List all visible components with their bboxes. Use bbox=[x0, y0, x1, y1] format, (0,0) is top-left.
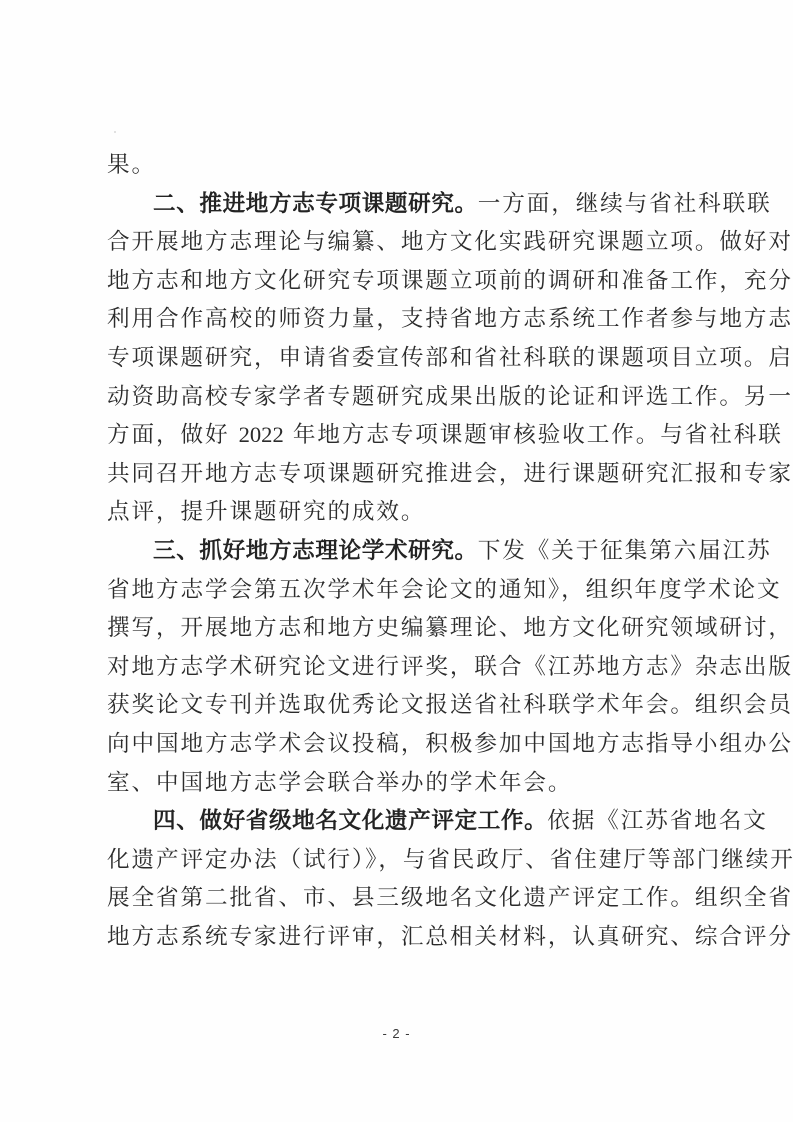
section-heading: 二、推进地方志专项课题研究。 bbox=[153, 191, 478, 217]
text-line: 利用合作高校的师资力量，支持省地方志系统工作者参与地方志 bbox=[107, 300, 695, 339]
text-line: 撰写，开展地方志和地方史编纂理论、地方文化研究领域研讨， bbox=[107, 609, 695, 648]
body-text: 果。 二、推进地方志专项课题研究。一方面，继续与省社科联联 合开展地方志理论与编… bbox=[107, 146, 695, 956]
text-line: 专项课题研究，申请省委宣传部和省社科联的课题项目立项。启 bbox=[107, 339, 695, 378]
section-heading: 三、抓好地方志理论学术研究。 bbox=[153, 538, 478, 564]
line-text: 获奖论文专刊并选取优秀论文报送省社科联学术年会。组织会员 bbox=[107, 692, 793, 718]
line-text: 展全省第二批省、市、县三级地名文化遗产评定工作。组织全省 bbox=[107, 885, 793, 911]
section-heading-line: 四、做好省级地名文化遗产评定工作。依据《江苏省地名文 bbox=[107, 802, 695, 841]
line-text: 省地方志学会第五次学术年会论文的通知》，组织年度学术论文 bbox=[107, 577, 782, 603]
section-heading: 四、做好省级地名文化遗产评定工作。 bbox=[153, 808, 547, 834]
scan-speck bbox=[114, 131, 116, 133]
line-text: 地方志和地方文化研究专项课题立项前的调研和准备工作，充分 bbox=[107, 268, 793, 294]
page-number: - 2 - bbox=[0, 1026, 793, 1041]
text-line: 省地方志学会第五次学术年会论文的通知》，组织年度学术论文 bbox=[107, 571, 695, 610]
text-line: 共同召开地方志专项课题研究推进会，进行课题研究汇报和专家 bbox=[107, 455, 695, 494]
line-text: 方面，做好 bbox=[107, 422, 239, 448]
line-text: 动资助高校专家学者专题研究成果出版的论证和评选工作。另一 bbox=[107, 384, 793, 410]
line-text: 撰写，开展地方志和地方史编纂理论、地方文化研究领域研讨， bbox=[107, 615, 793, 641]
text-line: 合开展地方志理论与编纂、地方文化实践研究课题立项。做好对 bbox=[107, 223, 695, 262]
text-line: 向中国地方志学术会议投稿，积极参加中国地方志指导小组办公 bbox=[107, 725, 695, 764]
line-text: 专项课题研究，申请省委宣传部和省社科联的课题项目立项。启 bbox=[107, 345, 793, 371]
section-heading-line: 二、推进地方志专项课题研究。一方面，继续与省社科联联 bbox=[107, 185, 695, 224]
text-line: 方面，做好 2022 年地方志专项课题审核验收工作。与省社科联 bbox=[107, 416, 695, 455]
text-line: 地方志和地方文化研究专项课题立项前的调研和准备工作，充分 bbox=[107, 262, 695, 301]
text-line: 展全省第二批省、市、县三级地名文化遗产评定工作。组织全省 bbox=[107, 879, 695, 918]
line-text: 果。 bbox=[107, 152, 156, 178]
document-page: 果。 二、推进地方志专项课题研究。一方面，继续与省社科联联 合开展地方志理论与编… bbox=[0, 0, 793, 1122]
line-text: 点评，提升课题研究的成效。 bbox=[107, 499, 425, 525]
line-text: 合开展地方志理论与编纂、地方文化实践研究课题立项。做好对 bbox=[107, 229, 793, 255]
line-text: 年地方志专项课题审核验收工作。与省社科联 bbox=[284, 422, 783, 448]
text-line: 动资助高校专家学者专题研究成果出版的论证和评选工作。另一 bbox=[107, 378, 695, 417]
line-text: 一方面，继续与省社科联联 bbox=[478, 191, 772, 217]
line-text: 室、中国地方志学会联合举办的学术年会。 bbox=[107, 770, 572, 796]
section-heading-line: 三、抓好地方志理论学术研究。下发《关于征集第六届江苏 bbox=[107, 532, 695, 571]
text-line: 点评，提升课题研究的成效。 bbox=[107, 493, 695, 532]
text-line: 对地方志学术研究论文进行评奖，联合《江苏地方志》杂志出版 bbox=[107, 648, 695, 687]
line-text: 依据《江苏省地名文 bbox=[547, 808, 767, 834]
line-text: 化遗产评定办法（试行）》，与省民政厅、省住建厅等部门继续开 bbox=[107, 847, 793, 873]
text-line: 室、中国地方志学会联合举办的学术年会。 bbox=[107, 764, 695, 803]
line-text: 地方志系统专家进行评审，汇总相关材料，认真研究、综合评分、 bbox=[107, 924, 793, 950]
line-text: 对地方志学术研究论文进行评奖，联合《江苏地方志》杂志出版 bbox=[107, 654, 793, 680]
year-number: 2022 bbox=[239, 422, 284, 447]
text-line: 获奖论文专刊并选取优秀论文报送省社科联学术年会。组织会员 bbox=[107, 686, 695, 725]
line-text: 共同召开地方志专项课题研究推进会，进行课题研究汇报和专家 bbox=[107, 461, 793, 487]
line-text: 下发《关于征集第六届江苏 bbox=[478, 538, 772, 564]
text-line: 果。 bbox=[107, 146, 695, 185]
text-line: 化遗产评定办法（试行）》，与省民政厅、省住建厅等部门继续开 bbox=[107, 841, 695, 880]
line-text: 向中国地方志学术会议投稿，积极参加中国地方志指导小组办公 bbox=[107, 731, 793, 757]
text-line: 地方志系统专家进行评审，汇总相关材料，认真研究、综合评分、 bbox=[107, 918, 695, 957]
line-text: 利用合作高校的师资力量，支持省地方志系统工作者参与地方志 bbox=[107, 306, 793, 332]
